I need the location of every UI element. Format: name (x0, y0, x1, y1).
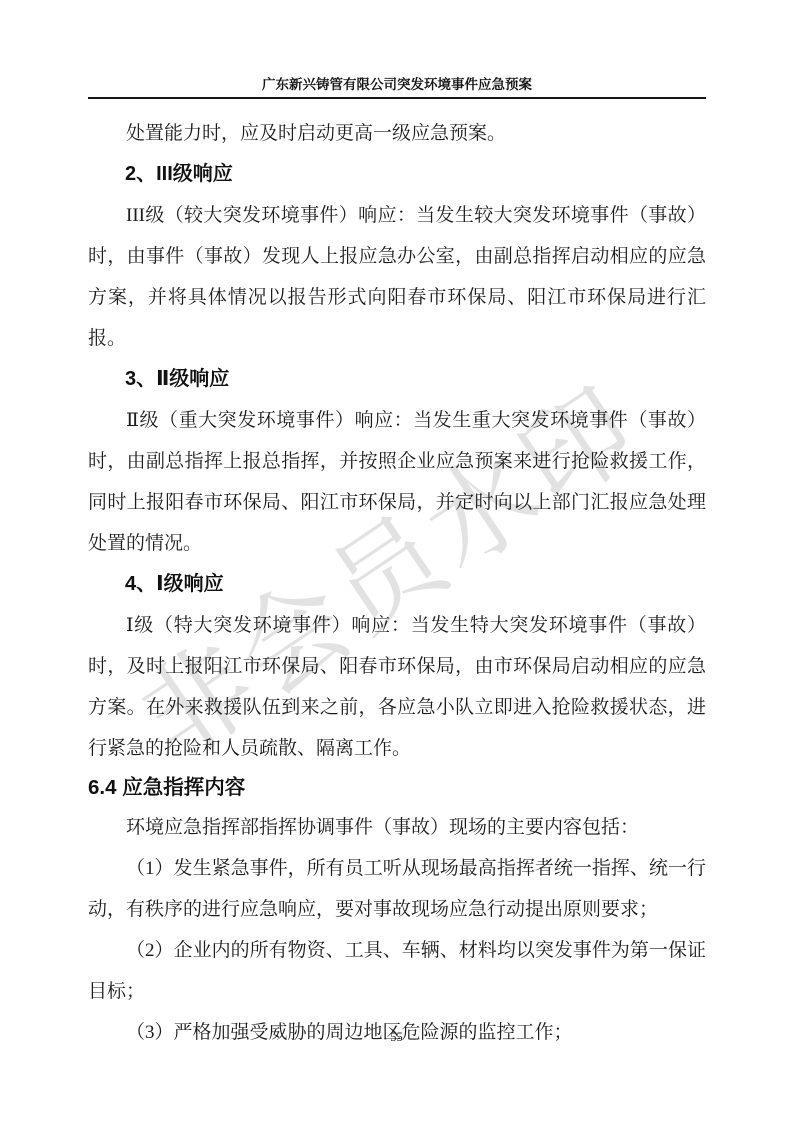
running-header: 广东新兴铸管有限公司突发环境事件应急预案 (88, 76, 706, 99)
heading-level-ii-response: 3、Ⅱ级响应 (88, 359, 706, 400)
list-item-1: （1）发生紧急事件，所有员工听从现场最高指挥者统一指挥、统一行动，有秩序的进行应… (88, 848, 706, 930)
paragraph-level-i-response: Ⅰ级（特大突发环境事件）响应：当发生特大突发环境事件（事故）时，及时上报阳江市环… (88, 605, 706, 769)
paragraph-level-ii-response: Ⅱ级（重大突发环境事件）响应：当发生重大突发环境事件（事故）时，由副总指挥上报总… (88, 400, 706, 564)
list-item-2: （2）企业内的所有物资、工具、车辆、材料均以突发事件为第一保证目标； (88, 930, 706, 1012)
paragraph-6-4-lead: 环境应急指挥部指挥协调事件（事故）现场的主要内容包括： (88, 807, 706, 848)
paragraph-level-iii-response: III级（较大突发环境事件）响应：当发生较大突发环境事件（事故）时，由事件（事故… (88, 195, 706, 359)
header-title: 广东新兴铸管有限公司突发环境事件应急预案 (262, 77, 532, 92)
paragraph-intro: 处置能力时，应及时启动更高一级应急预案。 (88, 113, 706, 154)
heading-6-4-command-content: 6.4 应急指挥内容 (88, 769, 706, 807)
heading-level-i-response: 4、Ⅰ级响应 (88, 564, 706, 605)
document-body: 处置能力时，应及时启动更高一级应急预案。 2、III级响应 III级（较大突发环… (88, 113, 706, 1053)
heading-level-iii-response: 2、III级响应 (88, 154, 706, 195)
document-page: 非会员水印 广东新兴铸管有限公司突发环境事件应急预案 处置能力时，应及时启动更高… (0, 0, 793, 1122)
page-number: 55 (0, 1030, 793, 1045)
